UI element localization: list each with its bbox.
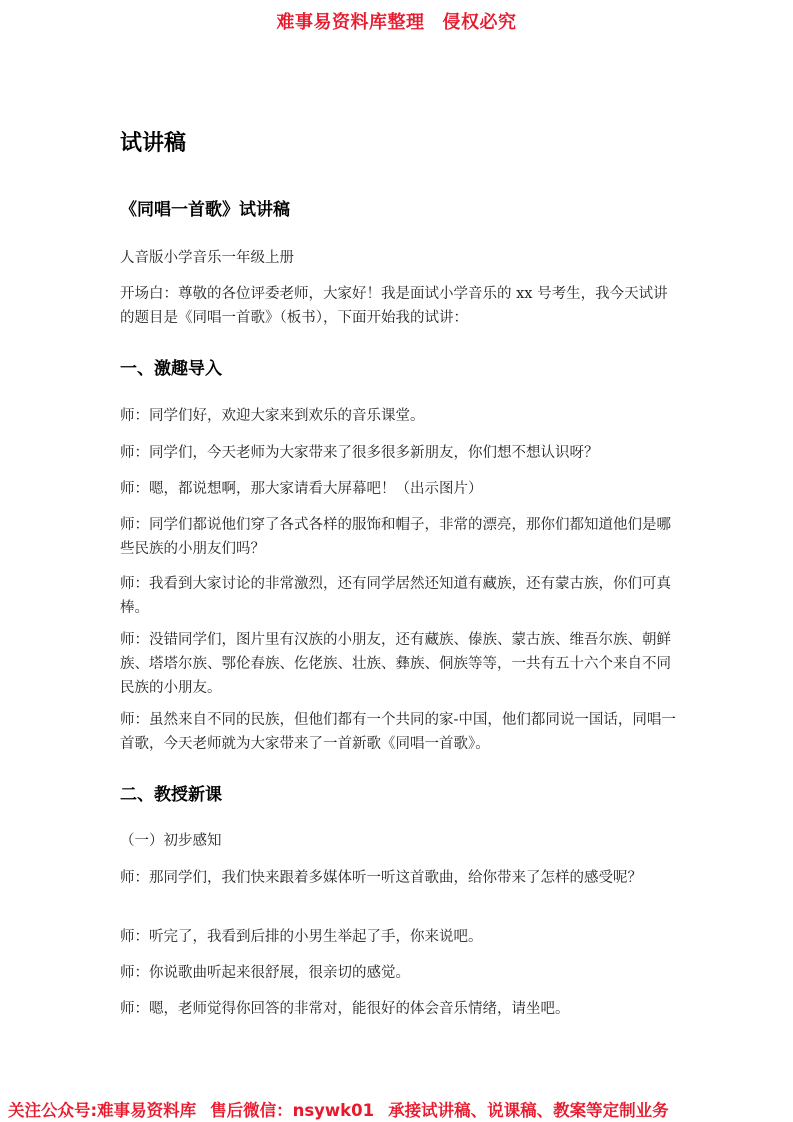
paragraph: 师：同学们好，欢迎大家来到欢乐的音乐课堂。: [120, 404, 680, 428]
paragraph: 师：同学们都说他们穿了各式各样的服饰和帽子，非常的漂亮，那你们都知道他们是哪些民…: [120, 513, 680, 561]
edition-line: 人音版小学音乐一年级上册: [120, 246, 680, 270]
header-banner-right: 侵权必究: [443, 12, 517, 33]
paragraph: 师：我看到大家讨论的非常激烈，还有同学居然还知道有藏族，还有蒙古族，你们可真棒。: [120, 572, 680, 620]
paragraph: 师：嗯，老师觉得你回答的非常对，能很好的体会音乐情绪，请坐吧。: [120, 997, 680, 1021]
opening-paragraph: 开场白：尊敬的各位评委老师，大家好！我是面试小学音乐的 xx 号考生，我今天试讲…: [120, 282, 680, 330]
header-watermark-banner: 难事易资料库整理侵权必究: [0, 8, 793, 34]
footer-after-sales-contact: 售后微信：nsywk01: [210, 1101, 374, 1120]
footer-watermark-banner: 关注公众号:难事易资料库售后微信：nsywk01承接试讲稿、说课稿、教案等定制业…: [8, 1097, 793, 1121]
paragraph: 师：那同学们，我们快来跟着多媒体听一听这首歌曲，给你带来了怎样的感受呢？: [120, 866, 680, 890]
document-title: 试讲稿: [120, 126, 186, 157]
paragraph: 师：没错同学们，图片里有汉族的小朋友，还有藏族、傣族、蒙古族、维吾尔族、朝鲜族、…: [120, 628, 680, 700]
subsection-heading: （一）初步感知: [120, 829, 680, 853]
section-heading-intro: 一、激趣导入: [120, 354, 222, 379]
header-banner-left: 难事易资料库整理: [277, 12, 425, 33]
paragraph: 师：你说歌曲听起来很舒展，很亲切的感觉。: [120, 961, 680, 985]
footer-wechat-account: 关注公众号:难事易资料库: [8, 1101, 196, 1120]
section-heading-new-lesson: 二、教授新课: [120, 780, 222, 805]
paragraph: 师：同学们，今天老师为大家带来了很多很多新朋友，你们想不想认识呀？: [120, 441, 680, 465]
paragraph: 师：嗯，都说想啊，那大家请看大屏幕吧！（出示图片）: [120, 477, 680, 501]
paragraph: 师：听完了，我看到后排的小男生举起了手，你来说吧。: [120, 925, 680, 949]
lesson-title: 《同唱一首歌》试讲稿: [120, 195, 290, 220]
paragraph: 师：虽然来自不同的民族，但他们都有一个共同的家-中国，他们都同说一国话，同唱一首…: [120, 708, 680, 756]
footer-services: 承接试讲稿、说课稿、教案等定制业务: [388, 1101, 669, 1120]
